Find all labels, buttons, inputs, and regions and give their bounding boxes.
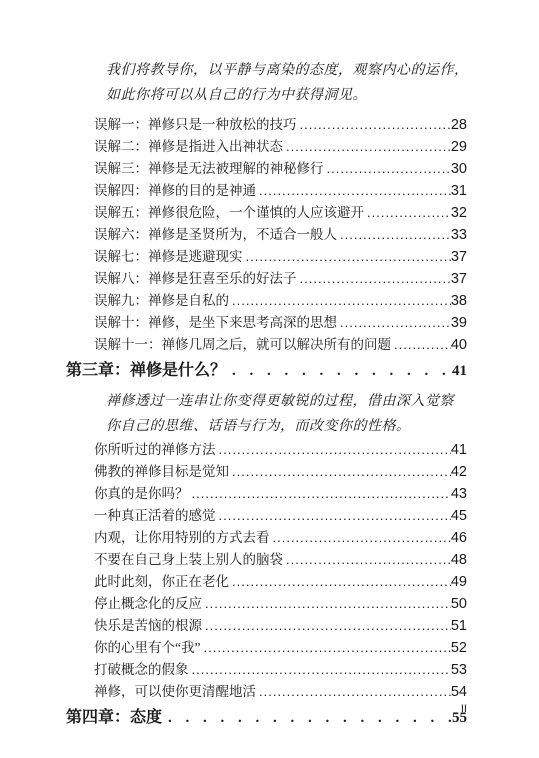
toc-entry[interactable]: 误解七：禅修是逃避现实 37 <box>94 246 467 268</box>
quote-paragraph: 我们将教导你，以平静与离染的态度，观察内心的运作，如此你将可以从自己的行为中获得… <box>106 58 467 108</box>
toc-entry-page: 37 <box>451 247 467 268</box>
toc-entry-page: 29 <box>451 137 467 158</box>
toc-entry[interactable]: 误解十：禅修，是坐下来思考高深的思想 39 <box>94 312 467 334</box>
page-number: II <box>461 703 467 715</box>
toc-entry[interactable]: 你的心里有个“我” 52 <box>94 637 467 659</box>
dot-leader <box>226 358 452 384</box>
toc-entry[interactable]: 禅修，可以使你更清醒地活 54 <box>94 681 467 703</box>
toc-entry[interactable]: 你真的是你吗？ 43 <box>94 483 467 505</box>
dot-leader <box>283 549 451 570</box>
dot-leader <box>256 180 451 201</box>
toc-content: 我们将教导你，以平静与离染的态度，观察内心的运作，如此你将可以从自己的行为中获得… <box>66 0 467 736</box>
toc-entry-label: 误解六：禅修是圣贤所为，不适合一般人 <box>94 224 337 245</box>
toc-entry-label: 停止概念化的反应 <box>94 593 202 614</box>
toc-entry-label: 误解五：禅修很危险，一个谨慎的人应该避开 <box>94 202 364 223</box>
toc-chapter[interactable]: 第三章：禅修是什么？ 41 <box>66 358 467 384</box>
toc-entry[interactable]: 一种真正活着的感觉 45 <box>94 505 467 527</box>
toc-entry-page: 48 <box>451 550 467 571</box>
toc-entry[interactable]: 停止概念化的反应 50 <box>94 593 467 615</box>
document-page: 我们将教导你，以平静与离染的态度，观察内心的运作，如此你将可以从自己的行为中获得… <box>0 0 539 758</box>
toc-entry-label: 快乐是苦恼的根源 <box>94 615 202 636</box>
toc-entry[interactable]: 此时此刻，你正在老化 49 <box>94 571 467 593</box>
toc-entry[interactable]: 误解三：禅修是无法被理解的神秘修行 30 <box>94 158 467 180</box>
quote-line: 你自己的思维、话语与行为，而改变你的性格。 <box>106 414 467 439</box>
toc-entry[interactable]: 不要在自己身上装上别人的脑袋 48 <box>94 549 467 571</box>
toc-entry-page: 41 <box>451 440 467 461</box>
toc-entry-page: 49 <box>451 572 467 593</box>
toc-entry[interactable]: 误解一：禅修只是一种放松的技巧 28 <box>94 114 467 136</box>
toc-chapter-page: 41 <box>452 358 467 384</box>
dot-leader <box>216 505 451 526</box>
toc-entry-page: 50 <box>451 594 467 615</box>
toc-entry-label: 误解七：禅修是逃避现实 <box>94 246 243 267</box>
toc-entry-label: 一种真正活着的感觉 <box>94 505 216 526</box>
toc-entry-label: 误解一：禅修只是一种放松的技巧 <box>94 114 297 135</box>
toc-entry-label: 禅修，可以使你更清醒地活 <box>94 681 256 702</box>
dot-leader <box>391 334 451 355</box>
dot-leader <box>324 158 451 179</box>
toc-entry-page: 42 <box>451 462 467 483</box>
dot-leader <box>283 136 451 157</box>
dot-leader <box>297 114 451 135</box>
dot-leader <box>202 615 451 636</box>
toc-entry-page: 40 <box>451 335 467 356</box>
toc-entry-page: 28 <box>451 115 467 136</box>
toc-entry-label: 不要在自己身上装上别人的脑袋 <box>94 549 283 570</box>
toc-entry[interactable]: 误解十一：禅修几周之后，就可以解决所有的问题 40 <box>94 334 467 356</box>
toc-entry-page: 43 <box>451 484 467 505</box>
toc-entry-page: 53 <box>451 660 467 681</box>
toc-entry-label: 你的心里有个“我” <box>94 637 200 658</box>
toc-entry[interactable]: 误解二：禅修是指进入出神状态 29 <box>94 136 467 158</box>
dot-leader <box>189 659 451 680</box>
quote-line: 如此你将可以从自己的行为中获得洞见。 <box>106 83 467 108</box>
toc-entry[interactable]: 误解八：禅修是狂喜至乐的好法子 37 <box>94 268 467 290</box>
toc-entry-label: 打破概念的假象 <box>94 659 189 680</box>
toc-entry-label: 误解四：禅修的目的是神通 <box>94 180 256 201</box>
quote-line: 我们将教导你，以平静与离染的态度，观察内心的运作， <box>106 58 467 83</box>
quote-paragraph: 禅修透过一连串让你变得更敏锐的过程，借由深入觉察你自己的思维、话语与行为，而改变… <box>106 389 467 439</box>
quote-line: 禅修透过一连串让你变得更敏锐的过程，借由深入觉察 <box>106 389 467 414</box>
toc-entry-label: 内观，让你用特别的方式去看 <box>94 527 270 548</box>
toc-entry-label: 你所听过的禅修方法 <box>94 439 216 460</box>
toc-entry-label: 误解十一：禅修几周之后，就可以解决所有的问题 <box>94 334 391 355</box>
toc-entry-group: 你所听过的禅修方法 41 佛教的禅修目标是觉知 42 你真的是你吗？ 43 一种… <box>66 439 467 703</box>
dot-leader <box>297 268 451 289</box>
toc-entry-page: 45 <box>451 506 467 527</box>
toc-entry-label: 你真的是你吗？ <box>94 483 189 504</box>
dot-leader <box>229 290 451 311</box>
toc-entry-label: 此时此刻，你正在老化 <box>94 571 229 592</box>
dot-leader <box>229 571 451 592</box>
dot-leader <box>337 312 451 333</box>
dot-leader <box>256 681 451 702</box>
toc-entry-page: 52 <box>451 638 467 659</box>
toc-entry-page: 46 <box>451 528 467 549</box>
dot-leader <box>162 705 452 731</box>
toc-chapter-label: 第三章：禅修是什么？ <box>66 358 226 384</box>
toc-entry[interactable]: 快乐是苦恼的根源 51 <box>94 615 467 637</box>
dot-leader <box>270 527 451 548</box>
dot-leader <box>243 246 451 267</box>
toc-entry[interactable]: 内观，让你用特别的方式去看 46 <box>94 527 467 549</box>
toc-entry-page: 39 <box>451 313 467 334</box>
toc-entry-label: 误解九：禅修是自私的 <box>94 290 229 311</box>
dot-leader <box>229 461 451 482</box>
toc-entry-page: 51 <box>451 616 467 637</box>
dot-leader <box>200 637 450 658</box>
toc-entry-group: 误解一：禅修只是一种放松的技巧 28 误解二：禅修是指进入出神状态 29 误解三… <box>66 114 467 356</box>
toc-chapter[interactable]: 第四章：态度 55 <box>66 705 467 731</box>
toc-entry-label: 佛教的禅修目标是觉知 <box>94 461 229 482</box>
toc-entry-page: 33 <box>451 225 467 246</box>
toc-chapter-label: 第四章：态度 <box>66 705 162 731</box>
toc-entry-label: 误解八：禅修是狂喜至乐的好法子 <box>94 268 297 289</box>
toc-entry[interactable]: 误解五：禅修很危险，一个谨慎的人应该避开 32 <box>94 202 467 224</box>
dot-leader <box>364 202 451 223</box>
dot-leader <box>337 224 451 245</box>
toc-entry-page: 31 <box>451 181 467 202</box>
toc-entry[interactable]: 你所听过的禅修方法 41 <box>94 439 467 461</box>
dot-leader <box>202 593 451 614</box>
toc-entry-page: 37 <box>451 269 467 290</box>
toc-entry-label: 误解十：禅修，是坐下来思考高深的思想 <box>94 312 337 333</box>
toc-entry-label: 误解二：禅修是指进入出神状态 <box>94 136 283 157</box>
toc-entry-label: 误解三：禅修是无法被理解的神秘修行 <box>94 158 324 179</box>
toc-entry[interactable]: 误解九：禅修是自私的 38 <box>94 290 467 312</box>
dot-leader <box>189 483 451 504</box>
toc-entry-page: 38 <box>451 291 467 312</box>
toc-entry[interactable]: 误解四：禅修的目的是神通 31 <box>94 180 467 202</box>
dot-leader <box>216 439 451 460</box>
toc-entry[interactable]: 误解六：禅修是圣贤所为，不适合一般人 33 <box>94 224 467 246</box>
toc-entry-page: 32 <box>451 203 467 224</box>
toc-entry-page: 54 <box>451 682 467 703</box>
toc-entry-page: 30 <box>451 159 467 180</box>
toc-entry[interactable]: 打破概念的假象 53 <box>94 659 467 681</box>
toc-entry[interactable]: 佛教的禅修目标是觉知 42 <box>94 461 467 483</box>
